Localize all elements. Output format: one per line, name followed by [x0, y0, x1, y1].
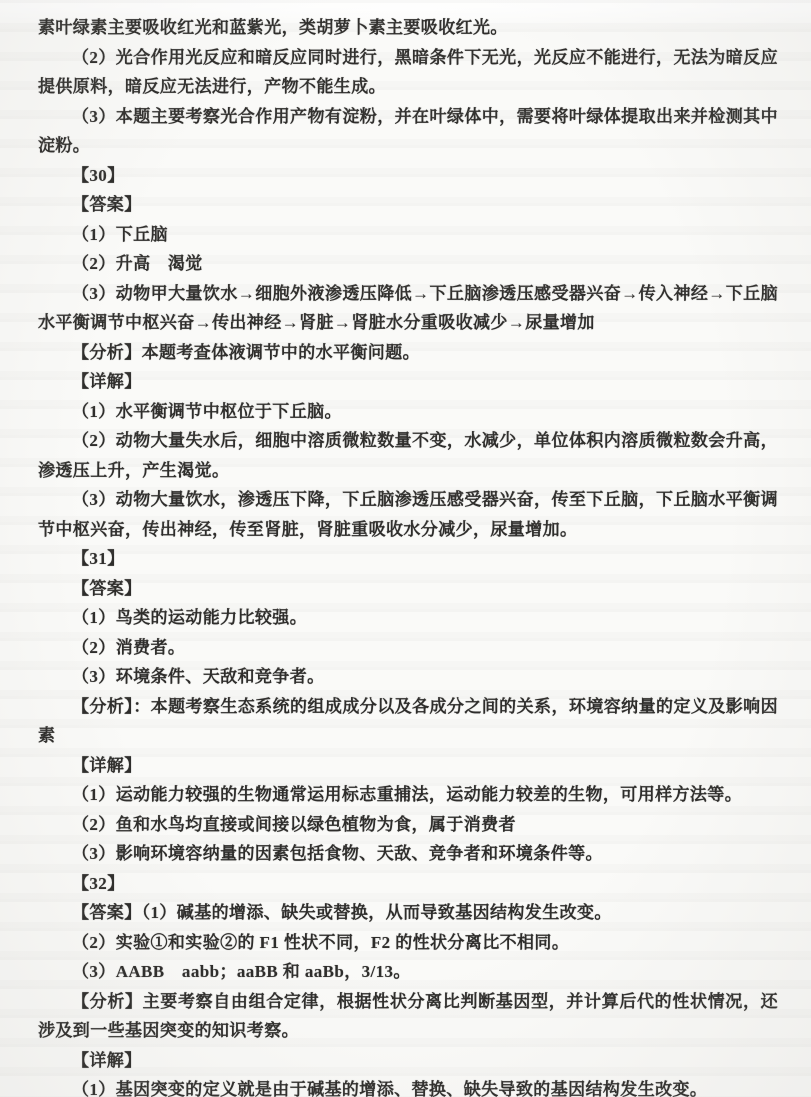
- paragraph: 【30】: [38, 161, 778, 191]
- paragraph: （3）动物甲大量饮水→细胞外液渗透压降低→下丘脑渗透压感受器兴奋→传入神经→下丘…: [38, 279, 778, 338]
- paragraph: 【答案】（1）碱基的增添、缺失或替换，从而导致基因结构发生改变。: [38, 898, 778, 928]
- paragraph: 【详解】: [38, 1046, 778, 1076]
- paragraph: 素叶绿素主要吸收红光和蓝紫光，类胡萝卜素主要吸收红光。: [38, 13, 778, 43]
- paragraph: （1）鸟类的运动能力比较强。: [38, 603, 778, 633]
- paragraph: （3）AABB aabb；aaBB 和 aaBb，3/13。: [38, 957, 778, 987]
- paragraph: 【答案】: [38, 190, 778, 220]
- paragraph: （2）升高 渴觉: [38, 249, 778, 279]
- paragraph: （2）鱼和水鸟均直接或间接以绿色植物为食，属于消费者: [38, 810, 778, 840]
- paragraph: （1）运动能力较强的生物通常运用标志重捕法，运动能力较差的生物，可用样方法等。: [38, 780, 778, 810]
- paragraph: （3）环境条件、天敌和竞争者。: [38, 662, 778, 692]
- paragraph: （1）基因突变的定义就是由于碱基的增添、替换、缺失导致的基因结构发生改变。: [38, 1075, 778, 1097]
- paragraph: 【分析】：本题考察生态系统的组成成分以及各成分之间的关系，环境容纳量的定义及影响…: [38, 692, 778, 751]
- paragraph: （3）动物大量饮水，渗透压下降，下丘脑渗透压感受器兴奋，传至下丘脑，下丘脑水平衡…: [38, 485, 778, 544]
- paragraph: 【详解】: [38, 751, 778, 781]
- paragraph: 【31】: [38, 544, 778, 574]
- paragraph: （1）水平衡调节中枢位于下丘脑。: [38, 397, 778, 427]
- paragraph: （2）消费者。: [38, 633, 778, 663]
- paragraph: 【32】: [38, 869, 778, 899]
- document-body: 素叶绿素主要吸收红光和蓝紫光，类胡萝卜素主要吸收红光。（2）光合作用光反应和暗反…: [38, 13, 778, 1097]
- paragraph: 【详解】: [38, 367, 778, 397]
- paragraph: （2）动物大量失水后，细胞中溶质微粒数量不变，水减少，单位体积内溶质微粒数会升高…: [38, 426, 778, 485]
- document-page: 素叶绿素主要吸收红光和蓝紫光，类胡萝卜素主要吸收红光。（2）光合作用光反应和暗反…: [0, 0, 811, 1097]
- paragraph: （3）影响环境容纳量的因素包括食物、天敌、竞争者和环境条件等。: [38, 839, 778, 869]
- paragraph: 【分析】本题考查体液调节中的水平衡问题。: [38, 338, 778, 368]
- paragraph: （3）本题主要考察光合作用产物有淀粉，并在叶绿体中，需要将叶绿体提取出来并检测其…: [38, 102, 778, 161]
- paragraph: （2）实验①和实验②的 F1 性状不同，F2 的性状分离比不相同。: [38, 928, 778, 958]
- paragraph: 【分析】主要考察自由组合定律，根据性状分离比判断基因型，并计算后代的性状情况，还…: [38, 987, 778, 1046]
- paragraph: （2）光合作用光反应和暗反应同时进行，黑暗条件下无光，光反应不能进行，无法为暗反…: [38, 43, 778, 102]
- paragraph: 【答案】: [38, 574, 778, 604]
- paragraph: （1）下丘脑: [38, 220, 778, 250]
